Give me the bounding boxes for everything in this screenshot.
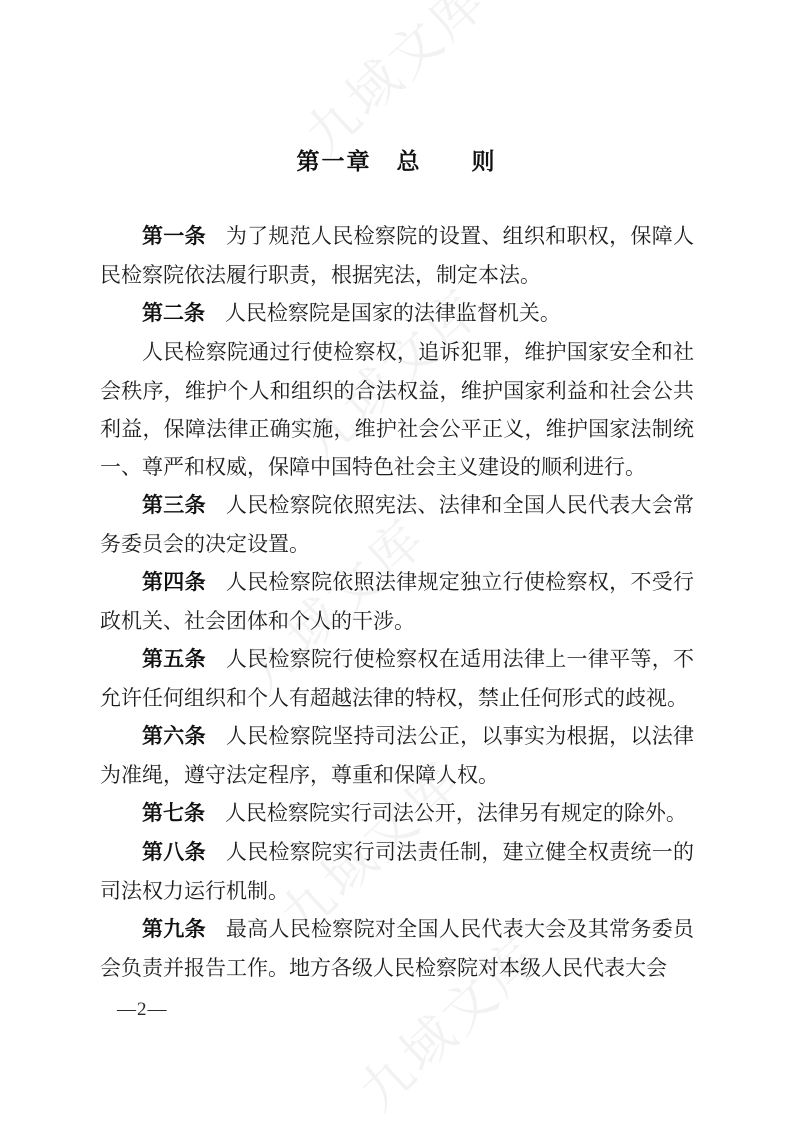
article-paragraph: 第五条人民检察院行使检察权在适用法律上一律平等，不允许任何组织和个人有超越法律的… bbox=[100, 640, 694, 717]
article-number: 第二条 bbox=[142, 302, 205, 325]
article-text: 人民检察院是国家的法律监督机关。 bbox=[225, 301, 561, 325]
article-paragraph: 第六条人民检察院坚持司法公正，以事实为根据，以法律为准绳，遵守法定程序，尊重和保… bbox=[100, 717, 694, 794]
chapter-title: 第一章 总 则 bbox=[0, 143, 793, 176]
article-paragraph: 第九条最高人民检察院对全国人民代表大会及其常务委员会负责并报告工作。地方各级人民… bbox=[100, 910, 694, 987]
page-number: —2— bbox=[117, 999, 168, 1021]
article-text: 人民检察院通过行使检察权，追诉犯罪，维护国家安全和社会秩序，维护个人和组织的合法… bbox=[100, 340, 694, 479]
article-paragraph: 人民检察院通过行使检察权，追诉犯罪，维护国家安全和社会秩序，维护个人和组织的合法… bbox=[100, 333, 694, 486]
article-paragraph: 第八条人民检察院实行司法责任制，建立健全权责统一的司法权力运行机制。 bbox=[100, 833, 694, 910]
article-number: 第九条 bbox=[142, 918, 206, 941]
article-text: 人民检察院实行司法公开，法律另有规定的除外。 bbox=[225, 801, 687, 825]
document-page: 九域文库九域文库九域文库九域文库九域文库 第一章 总 则 第一条为了规范人民检察… bbox=[0, 0, 793, 1122]
article-paragraph: 第二条人民检察院是国家的法律监督机关。 bbox=[100, 294, 694, 333]
article-number: 第七条 bbox=[142, 802, 205, 825]
article-paragraph: 第一条为了规范人民检察院的设置、组织和职权，保障人民检察院依法履行职责，根据宪法… bbox=[100, 217, 694, 294]
article-number: 第六条 bbox=[142, 725, 206, 748]
article-number: 第三条 bbox=[142, 494, 206, 517]
document-body: 第一条为了规范人民检察院的设置、组织和职权，保障人民检察院依法履行职责，根据宪法… bbox=[100, 217, 694, 987]
article-paragraph: 第七条人民检察院实行司法公开，法律另有规定的除外。 bbox=[100, 794, 694, 833]
article-number: 第八条 bbox=[142, 841, 206, 864]
article-paragraph: 第三条人民检察院依照宪法、法律和全国人民代表大会常务委员会的决定设置。 bbox=[100, 486, 694, 563]
article-paragraph: 第四条人民检察院依照法律规定独立行使检察权，不受行政机关、社会团体和个人的干涉。 bbox=[100, 563, 694, 640]
article-number: 第四条 bbox=[142, 571, 206, 594]
article-number: 第一条 bbox=[142, 225, 206, 248]
article-number: 第五条 bbox=[142, 648, 206, 671]
